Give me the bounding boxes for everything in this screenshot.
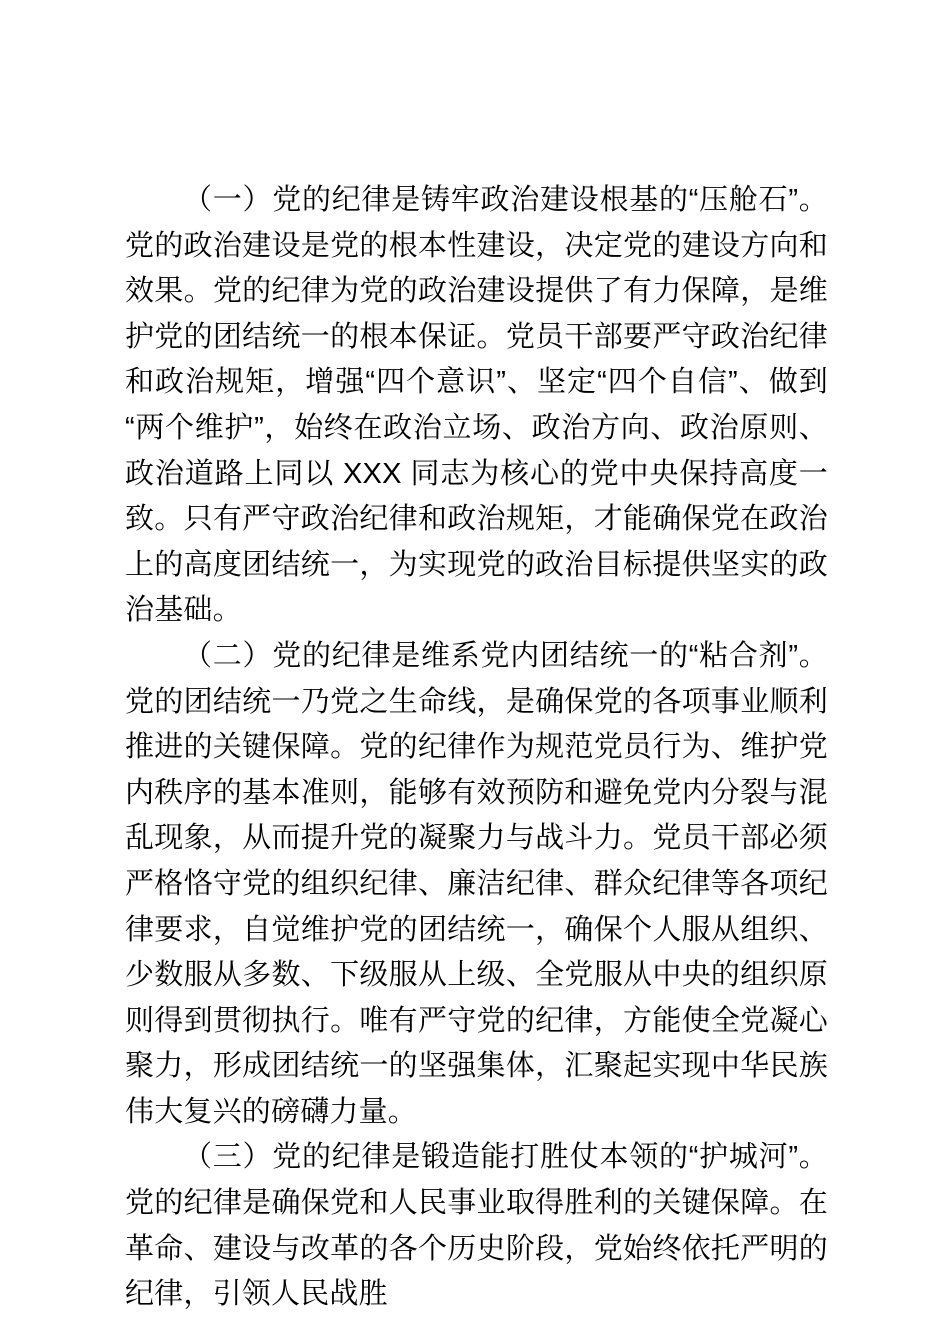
paragraph-3: （三）党的纪律是锻造能打胜仗本领的“护城河”。党的纪律是确保党和人民事业取得胜利… (125, 1135, 828, 1317)
document-body: （一）党的纪律是铸牢政治建设根基的“压舱石”。党的政治建设是党的根本性建设，决定… (125, 178, 828, 1318)
paragraph-1: （一）党的纪律是铸牢政治建设根基的“压舱石”。党的政治建设是党的根本性建设，决定… (125, 178, 828, 634)
paragraph-2: （二）党的纪律是维系党内团结统一的“粘合剂”。党的团结统一乃党之生命线，是确保党… (125, 634, 828, 1136)
document-page: （一）党的纪律是铸牢政治建设根基的“压舱石”。党的政治建设是党的根本性建设，决定… (0, 0, 950, 1344)
